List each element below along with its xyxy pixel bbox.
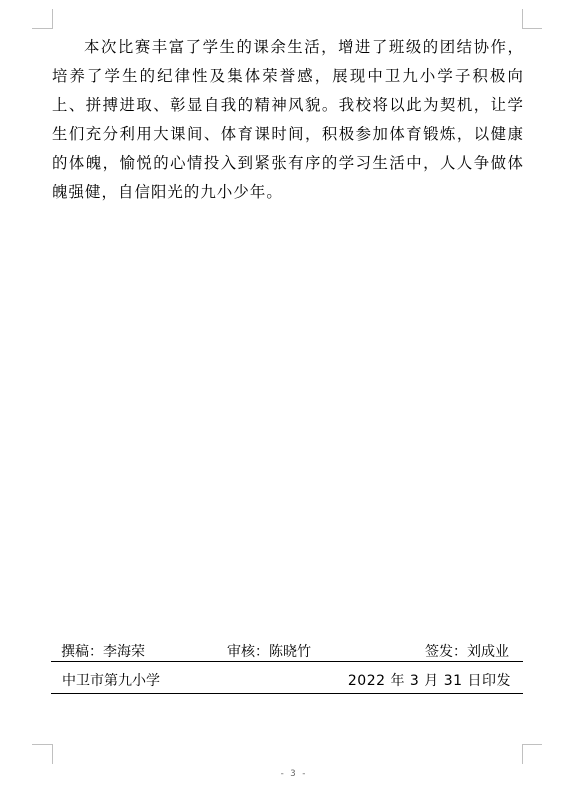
reviewer-credit: 审核：陈晓竹 bbox=[227, 641, 311, 661]
crop-mark-bottom-right bbox=[522, 744, 542, 764]
issuance-row: 中卫市第九小学 2022 年 3 月 31 日印发 bbox=[51, 663, 523, 694]
issuer-credit: 签发：刘成业 bbox=[425, 641, 509, 661]
page-number: - 3 - bbox=[0, 769, 586, 779]
crop-mark-bottom-left bbox=[32, 744, 53, 764]
crop-mark-top-right bbox=[522, 9, 542, 29]
print-date: 2022 年 3 月 31 日印发 bbox=[348, 670, 511, 690]
body-paragraph: 本次比赛丰富了学生的课余生活，增进了班级的团结协作，培养了学生的纪律性及集体荣誉… bbox=[52, 33, 524, 207]
crop-mark-top-left bbox=[32, 9, 53, 29]
document-body: 本次比赛丰富了学生的课余生活，增进了班级的团结协作，培养了学生的纪律性及集体荣誉… bbox=[52, 33, 524, 207]
organization-name: 中卫市第九小学 bbox=[62, 670, 160, 690]
author-credit: 撰稿：李海荣 bbox=[61, 641, 145, 661]
signature-row: 撰稿：李海荣 审核：陈晓竹 签发：刘成业 bbox=[51, 636, 523, 662]
